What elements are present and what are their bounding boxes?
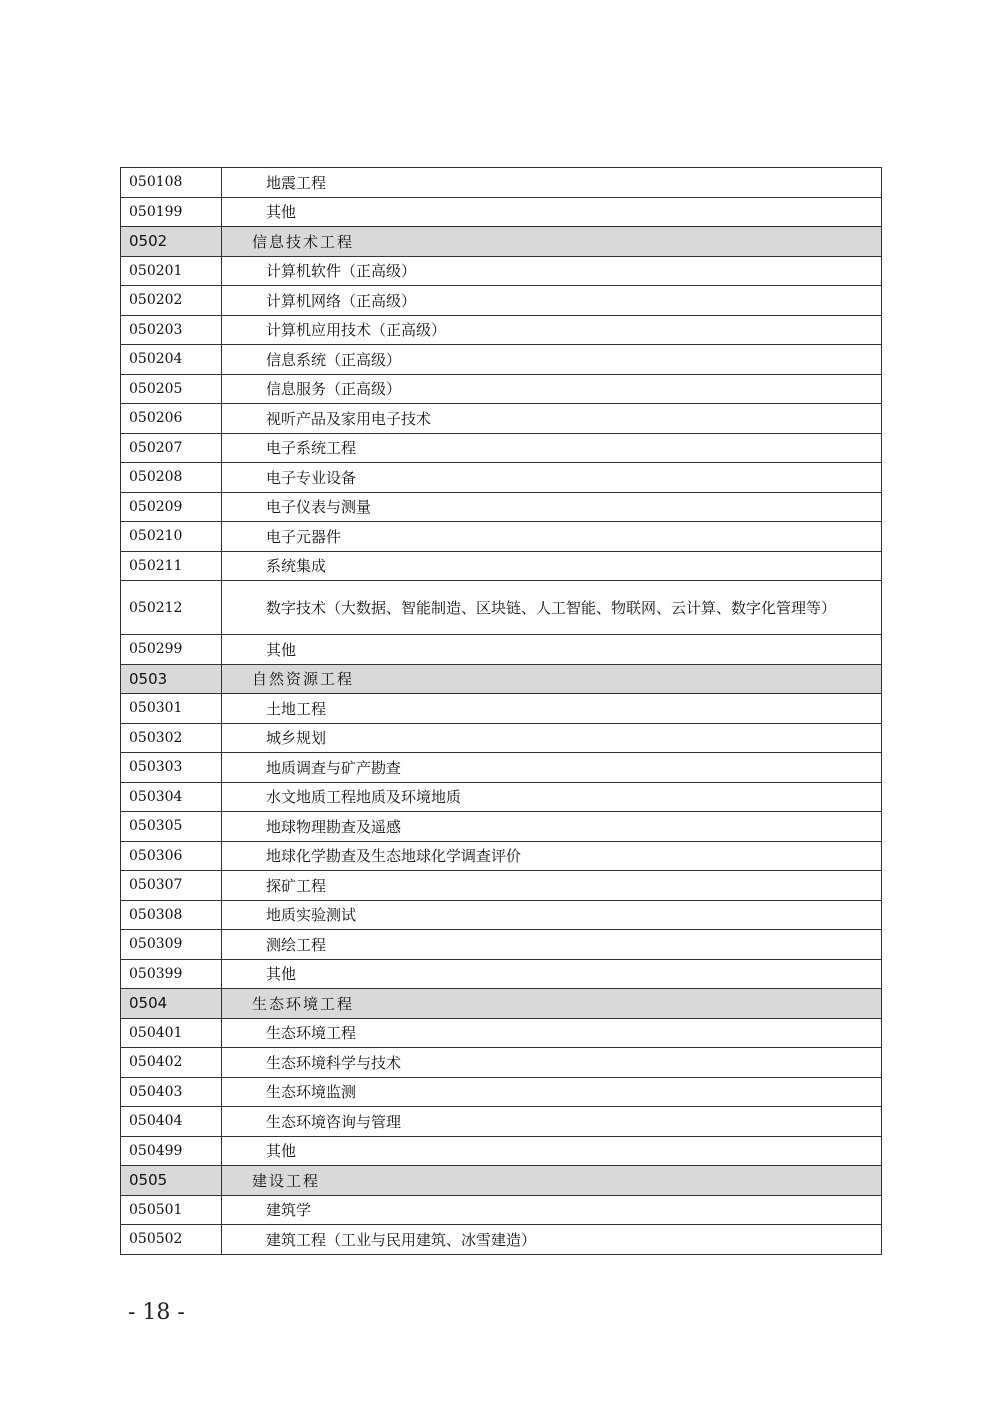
table-row: 050399其他 bbox=[121, 959, 882, 989]
code-cell: 050309 bbox=[121, 930, 222, 960]
code-cell: 050304 bbox=[121, 782, 222, 812]
name-cell: 电子专业设备 bbox=[222, 463, 882, 493]
table-row: 050207电子系统工程 bbox=[121, 433, 882, 463]
table-row: 050212数字技术（大数据、智能制造、区块链、人工智能、物联网、云计算、数字化… bbox=[121, 581, 882, 635]
table-row: 050499其他 bbox=[121, 1136, 882, 1166]
code-cell: 050212 bbox=[121, 581, 222, 635]
code-cell: 050204 bbox=[121, 345, 222, 375]
table-row: 050203计算机应用技术（正高级） bbox=[121, 315, 882, 345]
name-cell: 生态环境咨询与管理 bbox=[222, 1107, 882, 1137]
table-row: 050502建筑工程（工业与民用建筑、冰雪建造） bbox=[121, 1225, 882, 1255]
page-number: - 18 - bbox=[128, 1300, 185, 1325]
name-cell: 计算机软件（正高级） bbox=[222, 256, 882, 286]
name-cell: 计算机应用技术（正高级） bbox=[222, 315, 882, 345]
code-cell: 050403 bbox=[121, 1077, 222, 1107]
name-cell: 视听产品及家用电子技术 bbox=[222, 404, 882, 434]
category-row: 0503自然资源工程 bbox=[121, 664, 882, 694]
table-row: 050304水文地质工程地质及环境地质 bbox=[121, 782, 882, 812]
name-cell: 地质实验测试 bbox=[222, 900, 882, 930]
name-cell: 城乡规划 bbox=[222, 723, 882, 753]
table-row: 050308地质实验测试 bbox=[121, 900, 882, 930]
table-row: 050299其他 bbox=[121, 635, 882, 665]
name-cell: 建设工程 bbox=[222, 1166, 882, 1196]
name-cell: 生态环境科学与技术 bbox=[222, 1048, 882, 1078]
table-row: 050202计算机网络（正高级） bbox=[121, 286, 882, 316]
name-cell: 电子仪表与测量 bbox=[222, 492, 882, 522]
name-cell: 生态环境监测 bbox=[222, 1077, 882, 1107]
code-cell: 050307 bbox=[121, 871, 222, 901]
code-cell: 0503 bbox=[121, 664, 222, 694]
table-row: 050501建筑学 bbox=[121, 1195, 882, 1225]
code-cell: 0505 bbox=[121, 1166, 222, 1196]
table-row: 050108地震工程 bbox=[121, 168, 882, 198]
name-cell: 其他 bbox=[222, 1136, 882, 1166]
table-row: 050306地球化学勘查及生态地球化学调查评价 bbox=[121, 841, 882, 871]
table-row: 050307探矿工程 bbox=[121, 871, 882, 901]
table-row: 050210电子元器件 bbox=[121, 522, 882, 552]
name-cell: 测绘工程 bbox=[222, 930, 882, 960]
name-cell: 土地工程 bbox=[222, 694, 882, 724]
code-cell: 050305 bbox=[121, 812, 222, 842]
table-row: 050403生态环境监测 bbox=[121, 1077, 882, 1107]
name-cell: 其他 bbox=[222, 635, 882, 665]
table-row: 050402生态环境科学与技术 bbox=[121, 1048, 882, 1078]
code-cell: 050203 bbox=[121, 315, 222, 345]
table-row: 050211系统集成 bbox=[121, 551, 882, 581]
name-cell: 数字技术（大数据、智能制造、区块链、人工智能、物联网、云计算、数字化管理等） bbox=[222, 581, 882, 635]
code-cell: 050199 bbox=[121, 197, 222, 227]
code-cell: 050501 bbox=[121, 1195, 222, 1225]
name-cell: 建筑工程（工业与民用建筑、冰雪建造） bbox=[222, 1225, 882, 1255]
name-cell: 电子元器件 bbox=[222, 522, 882, 552]
code-cell: 0504 bbox=[121, 989, 222, 1019]
category-row: 0502信息技术工程 bbox=[121, 227, 882, 257]
table-row: 050401生态环境工程 bbox=[121, 1018, 882, 1048]
name-cell: 其他 bbox=[222, 959, 882, 989]
category-row: 0505建设工程 bbox=[121, 1166, 882, 1196]
code-cell: 050502 bbox=[121, 1225, 222, 1255]
name-cell: 地质调查与矿产勘查 bbox=[222, 753, 882, 783]
name-cell: 系统集成 bbox=[222, 551, 882, 581]
code-cell: 050303 bbox=[121, 753, 222, 783]
table-row: 050201计算机软件（正高级） bbox=[121, 256, 882, 286]
table-row: 050209电子仪表与测量 bbox=[121, 492, 882, 522]
code-cell: 050401 bbox=[121, 1018, 222, 1048]
name-cell: 信息技术工程 bbox=[222, 227, 882, 257]
code-cell: 050209 bbox=[121, 492, 222, 522]
name-cell: 水文地质工程地质及环境地质 bbox=[222, 782, 882, 812]
name-cell: 信息系统（正高级） bbox=[222, 345, 882, 375]
code-cell: 0502 bbox=[121, 227, 222, 257]
table-row: 050301土地工程 bbox=[121, 694, 882, 724]
code-cell: 050308 bbox=[121, 900, 222, 930]
table-row: 050204信息系统（正高级） bbox=[121, 345, 882, 375]
code-cell: 050208 bbox=[121, 463, 222, 493]
code-cell: 050205 bbox=[121, 374, 222, 404]
name-cell: 电子系统工程 bbox=[222, 433, 882, 463]
code-cell: 050206 bbox=[121, 404, 222, 434]
code-cell: 050210 bbox=[121, 522, 222, 552]
name-cell: 地球化学勘查及生态地球化学调查评价 bbox=[222, 841, 882, 871]
table-body: 050108地震工程050199其他0502信息技术工程050201计算机软件（… bbox=[121, 168, 882, 1255]
name-cell: 计算机网络（正高级） bbox=[222, 286, 882, 316]
name-cell: 地球物理勘查及遥感 bbox=[222, 812, 882, 842]
code-cell: 050301 bbox=[121, 694, 222, 724]
code-cell: 050402 bbox=[121, 1048, 222, 1078]
code-cell: 050299 bbox=[121, 635, 222, 665]
table-row: 050199其他 bbox=[121, 197, 882, 227]
table-row: 050303地质调查与矿产勘查 bbox=[121, 753, 882, 783]
table-row: 050302城乡规划 bbox=[121, 723, 882, 753]
code-cell: 050302 bbox=[121, 723, 222, 753]
table-row: 050309测绘工程 bbox=[121, 930, 882, 960]
table-row: 050206视听产品及家用电子技术 bbox=[121, 404, 882, 434]
code-cell: 050399 bbox=[121, 959, 222, 989]
name-cell: 生态环境工程 bbox=[222, 1018, 882, 1048]
name-cell: 地震工程 bbox=[222, 168, 882, 198]
name-cell: 探矿工程 bbox=[222, 871, 882, 901]
code-cell: 050108 bbox=[121, 168, 222, 198]
table-row: 050205信息服务（正高级） bbox=[121, 374, 882, 404]
code-cell: 050202 bbox=[121, 286, 222, 316]
code-cell: 050404 bbox=[121, 1107, 222, 1137]
specialty-code-table: 050108地震工程050199其他0502信息技术工程050201计算机软件（… bbox=[120, 167, 882, 1255]
code-cell: 050207 bbox=[121, 433, 222, 463]
name-cell: 信息服务（正高级） bbox=[222, 374, 882, 404]
table-row: 050305地球物理勘查及遥感 bbox=[121, 812, 882, 842]
name-cell: 生态环境工程 bbox=[222, 989, 882, 1019]
name-cell: 自然资源工程 bbox=[222, 664, 882, 694]
name-cell: 其他 bbox=[222, 197, 882, 227]
category-row: 0504生态环境工程 bbox=[121, 989, 882, 1019]
code-cell: 050499 bbox=[121, 1136, 222, 1166]
code-cell: 050201 bbox=[121, 256, 222, 286]
code-cell: 050211 bbox=[121, 551, 222, 581]
name-cell: 建筑学 bbox=[222, 1195, 882, 1225]
table-row: 050404生态环境咨询与管理 bbox=[121, 1107, 882, 1137]
code-cell: 050306 bbox=[121, 841, 222, 871]
table-row: 050208电子专业设备 bbox=[121, 463, 882, 493]
